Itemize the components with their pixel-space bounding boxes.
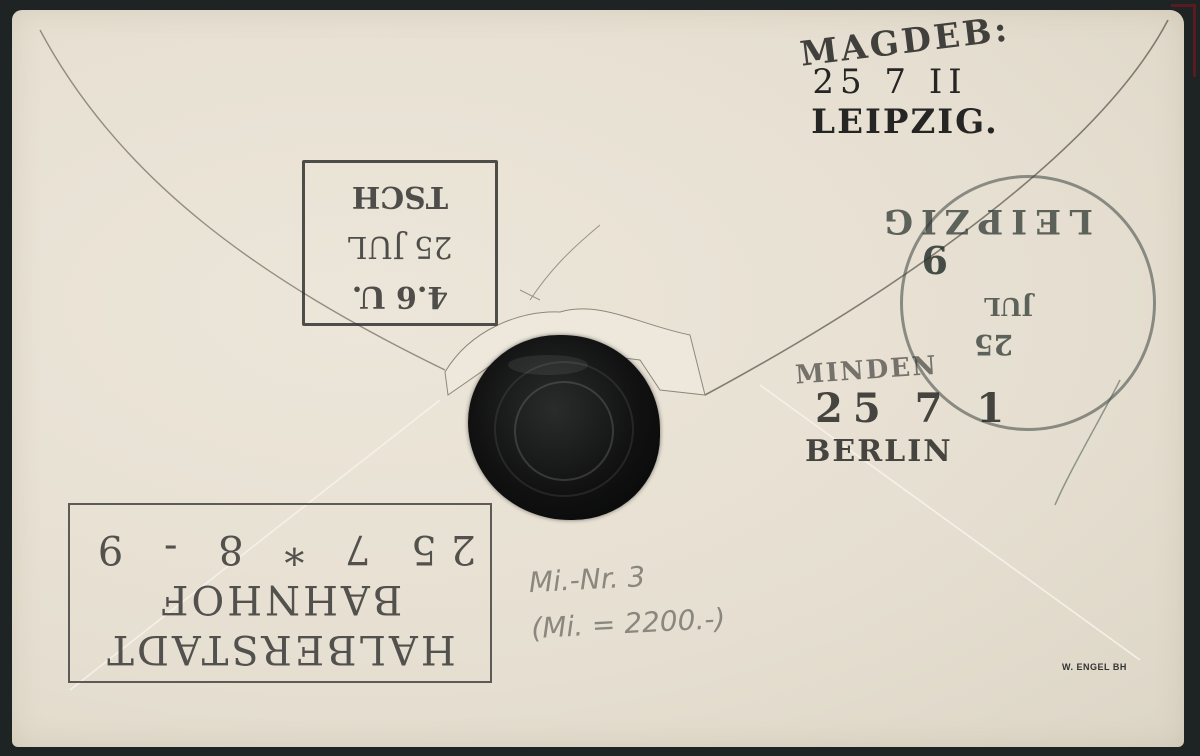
- seal-inner-ring: [514, 381, 614, 481]
- postmark-date: 25 7 1: [815, 389, 1015, 429]
- postmark-line: TSCH: [305, 181, 495, 211]
- postmark-date: 25 7 * 8 - 9: [70, 529, 490, 569]
- maker-mark: W. ENGEL BH: [1062, 662, 1127, 672]
- postmark-box-inverted: 4.6 U. 25 JUL TSCH: [302, 160, 498, 326]
- postmark-date: 25 JUL: [305, 231, 495, 261]
- postmark-hour: 9: [922, 240, 948, 278]
- postmark-halberstadt-bahnhof: HALBERSTADT BAHNHOF 25 7 * 8 - 9: [68, 503, 492, 683]
- postmark-minden-berlin: MINDEN 25 7 1 BERLIN: [795, 355, 1015, 467]
- seal-highlight: [508, 355, 588, 375]
- postmark-magdeburg-leipzig: MAGDEB: 25 7 II LEIPZIG.: [785, 25, 1025, 139]
- postmark-line: BAHNHOF: [70, 579, 490, 619]
- postmark-month: JUL: [984, 294, 1033, 318]
- postmark-line: LEIPZIG.: [785, 105, 1025, 139]
- postmark-line: HALBERSTADT: [70, 629, 490, 669]
- scene-background: MAGDEB: 25 7 II LEIPZIG. 4.6 U. 25 JUL T…: [0, 0, 1200, 756]
- postmark-line: 4.6 U.: [305, 281, 495, 311]
- postmark-line: BERLIN: [805, 437, 1015, 467]
- postmark-arc-text: LEIPZIG: [876, 204, 1093, 238]
- pencil-annotation: Mi.-Nr. 3 (Mi. = 2200.-): [528, 550, 727, 652]
